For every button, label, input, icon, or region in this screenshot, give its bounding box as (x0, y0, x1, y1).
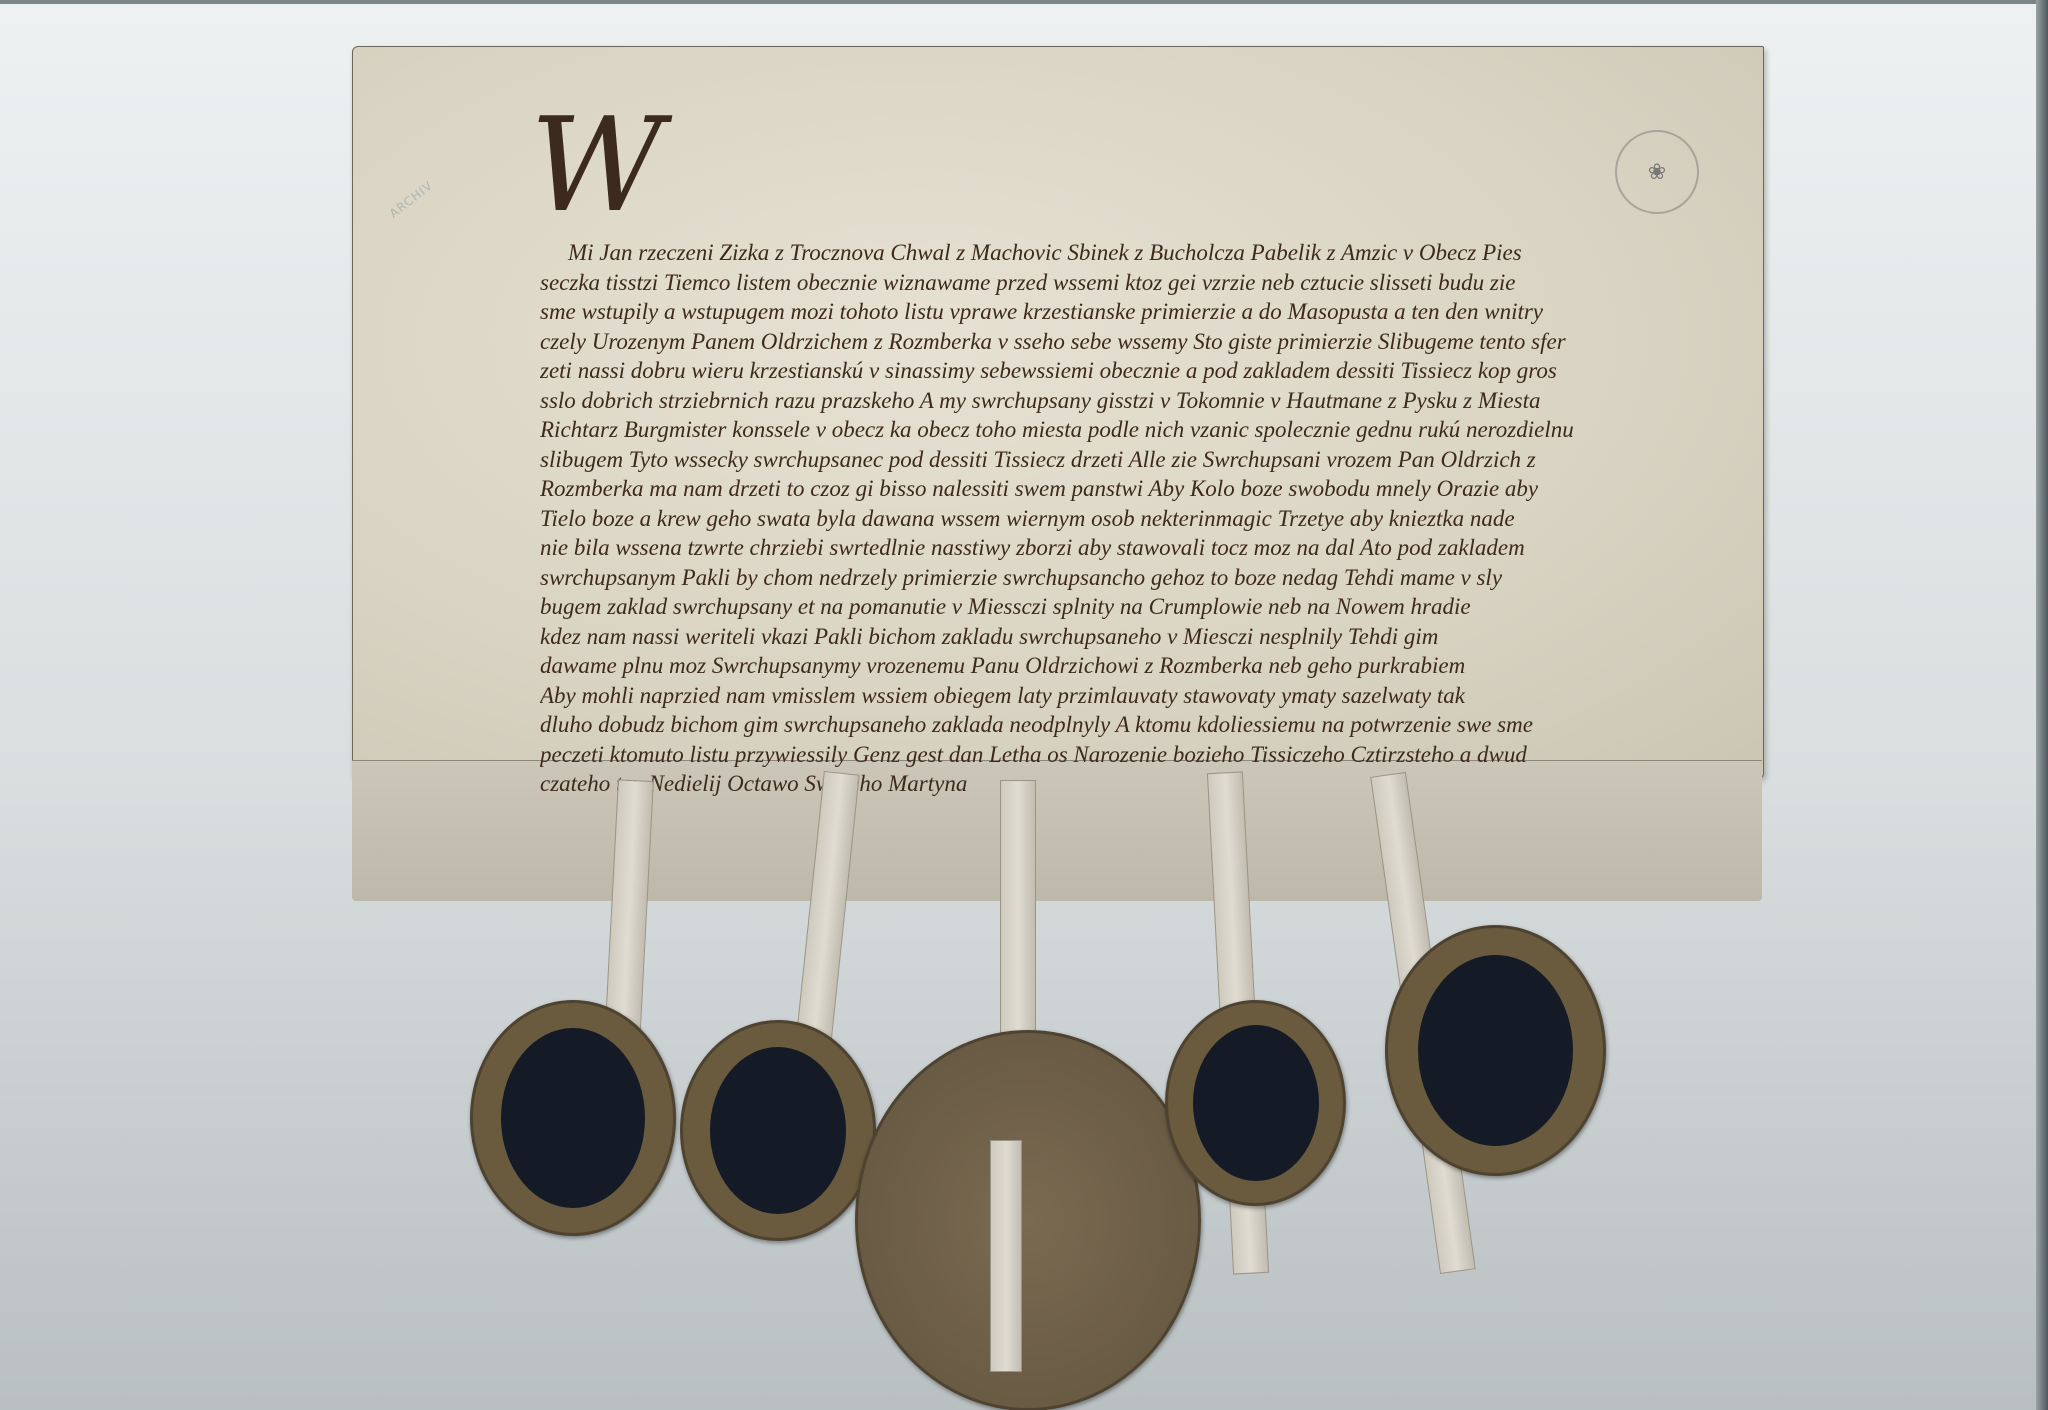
text-line: nie bila wssena tzwrte chrziebi swrtedln… (540, 533, 1720, 563)
seal-strap (1000, 780, 1036, 1042)
charter-text: Mi Jan rzeczeni Zizka z Trocznova Chwal … (540, 238, 1720, 799)
stamp-emblem-icon: ❀ (1648, 160, 1666, 185)
text-line: Tielo boze a krew geho swata byla dawana… (540, 504, 1720, 534)
text-line: czateho tey Nedielij Octawo Swateho Mart… (540, 769, 1720, 799)
wax-seal-2 (680, 1020, 876, 1241)
text-line: bugem zaklad swrchupsany et na pomanutie… (540, 592, 1720, 622)
text-line: Aby mohli naprzied nam vmisslem wssiem o… (540, 681, 1720, 711)
text-line: slibugem Tyto wssecky swrchupsanec pod d… (540, 445, 1720, 475)
text-line: zeti nassi dobru wieru krzestianskú v si… (540, 356, 1720, 386)
seal-impression (710, 1047, 847, 1215)
text-line: dluho dobudz bichom gim swrchupsaneho za… (540, 710, 1720, 740)
wax-seal-3-large (855, 1030, 1201, 1410)
seal-impression (1193, 1025, 1319, 1181)
text-line: sme wstupily a wstupugem mozi tohoto lis… (540, 297, 1720, 327)
seal-impression (1418, 955, 1573, 1146)
wax-seal-4 (1165, 1000, 1346, 1206)
text-line: dawame plnu moz Swrchupsanymy vrozenemu … (540, 651, 1720, 681)
text-line: Mi Jan rzeczeni Zizka z Trocznova Chwal … (540, 238, 1720, 268)
decorated-initial: W (530, 100, 664, 230)
wax-seal-1 (470, 1000, 676, 1236)
text-line: peczeti ktomuto listu przywiessily Genz … (540, 740, 1720, 770)
text-line: kdez nam nassi weriteli vkazi Pakli bich… (540, 622, 1720, 652)
text-line: seczka tisstzi Tiemco listem obecznie wi… (540, 268, 1720, 298)
text-line: Rozmberka ma nam drzeti to czoz gi bisso… (540, 474, 1720, 504)
archive-stamp-round: ❀ (1615, 130, 1699, 214)
text-line: Richtarz Burgmister konssele v obecz ka … (540, 415, 1720, 445)
scanner-frame-top (0, 0, 2048, 4)
text-line: swrchupsanym Pakli by chom nedrzely prim… (540, 563, 1720, 593)
scanner-frame-right (2036, 0, 2048, 1410)
wax-seal-5 (1385, 925, 1606, 1176)
seal-strap-front (990, 1140, 1022, 1372)
seal-impression (501, 1028, 645, 1207)
text-line: sslo dobrich strziebrnich razu prazskeho… (540, 386, 1720, 416)
text-line: czely Urozenym Panem Oldrzichem z Rozmbe… (540, 327, 1720, 357)
